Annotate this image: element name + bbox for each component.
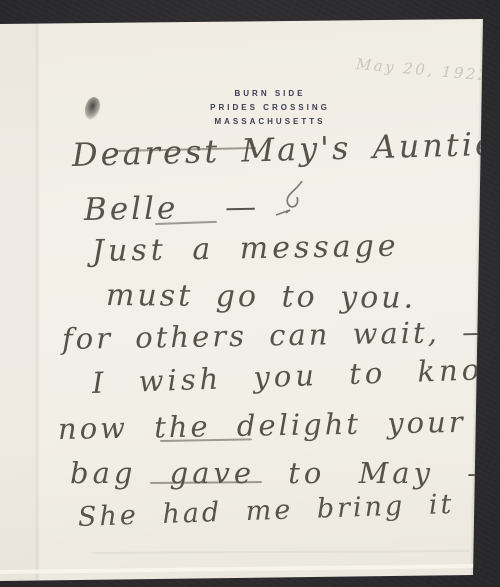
ink-flourish (270, 179, 314, 223)
handwritten-line: now the delight your (58, 405, 466, 446)
paper-bottom-edge (0, 564, 476, 574)
handwritten-line: She had me bring it on (77, 487, 500, 533)
letter-paper: BURN SIDE PRIDES CROSSING MASSACHUSETTS … (0, 0, 500, 587)
handwritten-line: for others can wait, — (62, 314, 495, 356)
ink-smudge (82, 95, 103, 122)
handwritten-line: I wish you to know (91, 351, 500, 400)
pencil-date-annotation: May 20, 1922 (355, 55, 490, 85)
letterhead-line-3: MASSACHUSETTS (150, 115, 390, 129)
letterhead-line-1: BURN SIDE (150, 87, 390, 101)
letterhead-line-2: PRIDES CROSSING (150, 101, 390, 115)
handwritten-line: must go to you. (106, 278, 416, 316)
fold-crease (35, 20, 40, 582)
handwritten-line: Dearest May's Auntie (72, 125, 498, 174)
handwritten-line: bag gave to May — (70, 456, 500, 490)
scanned-letter-photo: BURN SIDE PRIDES CROSSING MASSACHUSETTS … (0, 0, 500, 587)
handwritten-line: Just a message (92, 229, 400, 269)
handwritten-line: Belle — (84, 189, 260, 228)
bottom-crease (92, 550, 470, 554)
folded-flap-shade (0, 20, 36, 582)
letterhead: BURN SIDE PRIDES CROSSING MASSACHUSETTS (150, 87, 390, 129)
